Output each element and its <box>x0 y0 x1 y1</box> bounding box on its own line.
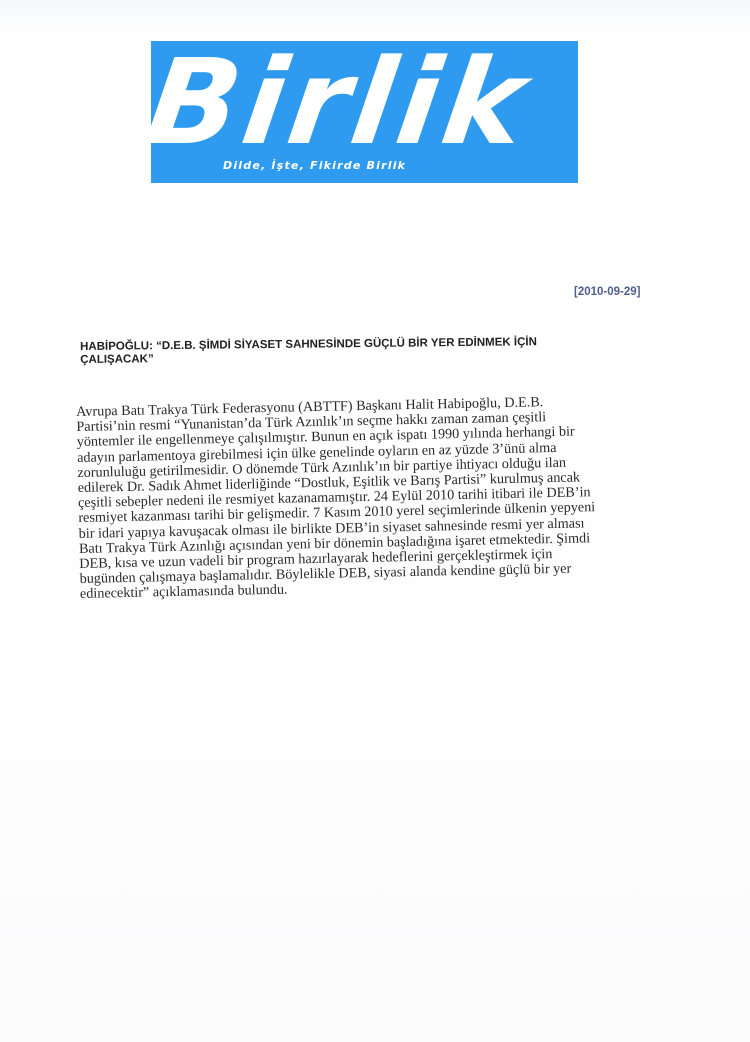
birlik-masthead-logo: Birlik Dilde, İşte, Fikirde Birlik <box>151 41 578 183</box>
masthead-title: Birlik <box>151 41 578 177</box>
masthead-tagline: Dilde, İşte, Fikirde Birlik <box>223 159 406 172</box>
scanned-page: Birlik Dilde, İşte, Fikirde Birlik [2010… <box>0 0 750 1042</box>
article-date: [2010-09-29] <box>574 286 640 298</box>
article-headline: HABİPOĞLU: “D.E.B. ŞİMDİ SİYASET SAHNESİ… <box>80 336 600 367</box>
article-body: Avrupa Batı Trakya Türk Federasyonu (ABT… <box>76 393 635 602</box>
